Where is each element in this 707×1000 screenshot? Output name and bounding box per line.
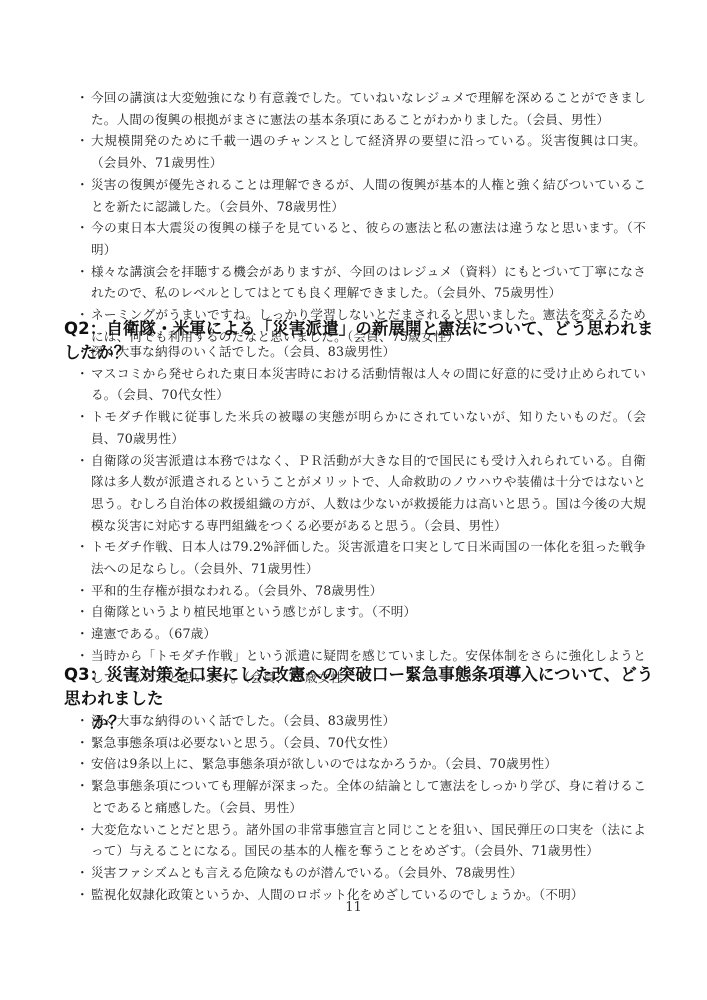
bullet-icon: ・ bbox=[76, 623, 91, 645]
q3-comment-list: ・深く大事な納得のいく話でした。（会員、83歳男性） ・緊急事態条項は必要ないと… bbox=[76, 710, 646, 905]
comment-item: ・マスコミから発せられた東日本災害時における活動情報は人々の間に好意的に受け止め… bbox=[76, 363, 646, 406]
comment-item: ・平和的生存権が損なわれる。（会員外、78歳男性） bbox=[76, 580, 646, 602]
bullet-icon: ・ bbox=[76, 450, 91, 472]
comment-item: ・自衛隊というより植民地軍という感じがします。（不明） bbox=[76, 601, 646, 623]
bullet-icon: ・ bbox=[76, 174, 91, 196]
comment-item: ・今の東日本大震災の復興の様子を見ていると、彼らの憲法と私の憲法は違うなと思いま… bbox=[76, 217, 646, 260]
bullet-icon: ・ bbox=[76, 406, 91, 428]
comment-item: ・深く大事な納得のいく話でした。（会員、83歳男性） bbox=[76, 710, 646, 732]
bullet-icon: ・ bbox=[76, 363, 91, 385]
bullet-icon: ・ bbox=[76, 217, 91, 239]
bullet-icon: ・ bbox=[76, 710, 91, 732]
bullet-icon: ・ bbox=[76, 130, 91, 152]
bullet-icon: ・ bbox=[76, 601, 91, 623]
comment-item: ・自衛隊の災害派遣は本務ではなく、ＰＲ活動が大きな目的で国民にも受け入れられてい… bbox=[76, 450, 646, 537]
q3-label: Q3： bbox=[64, 665, 106, 684]
bullet-icon: ・ bbox=[76, 261, 91, 283]
bullet-icon: ・ bbox=[76, 341, 91, 363]
comment-item: ・違憲である。（67歳） bbox=[76, 623, 646, 645]
bullet-icon: ・ bbox=[76, 775, 91, 797]
q2-comment-list: ・深く大事な納得のいく話でした。（会員、83歳男性） ・マスコミから発せられた東… bbox=[76, 341, 646, 688]
comment-item: ・今回の講演は大変勉強になり有意義でした。ていねいなレジュメで理解を深めることが… bbox=[76, 87, 646, 130]
comment-item: ・トモダチ作戦に従事した米兵の被曝の実態が明らかにされていないが、知りたいものだ… bbox=[76, 406, 646, 449]
q2-label: Q2： bbox=[64, 319, 106, 338]
bullet-icon: ・ bbox=[76, 732, 91, 754]
comment-item: ・大変危ないことだと思う。諸外国の非常事態宣言と同じことを狙い、国民弾圧の口実を… bbox=[76, 819, 646, 862]
comment-item: ・緊急事態条項は必要ないと思う。（会員、70代女性） bbox=[76, 732, 646, 754]
bullet-icon: ・ bbox=[76, 819, 91, 841]
comment-item: ・大規模開発のために千載一遇のチャンスとして経済界の要望に沿っている。災害復興は… bbox=[76, 130, 646, 173]
comment-item: ・安倍は9条以上に、緊急事態条項が欲しいのではなかろうか。（会員、70歳男性） bbox=[76, 753, 646, 775]
comment-item: ・緊急事態条項についても理解が深まった。全体の結論として憲法をしっかり学び、身に… bbox=[76, 775, 646, 818]
document-page: ・今回の講演は大変勉強になり有意義でした。ていねいなレジュメで理解を深めることが… bbox=[0, 0, 707, 1000]
bullet-icon: ・ bbox=[76, 862, 91, 884]
q1-comment-list: ・今回の講演は大変勉強になり有意義でした。ていねいなレジュメで理解を深めることが… bbox=[76, 87, 646, 347]
bullet-icon: ・ bbox=[76, 753, 91, 775]
comment-item: ・深く大事な納得のいく話でした。（会員、83歳男性） bbox=[76, 341, 646, 363]
comment-item: ・トモダチ作戦、日本人は79.2%評価した。災害派遣を口実として日米両国の一体化… bbox=[76, 536, 646, 579]
page-number: 11 bbox=[0, 900, 707, 915]
comment-item: ・災害ファシズムとも言える危険なものが潜んでいる。（会員外、78歳男性） bbox=[76, 862, 646, 884]
comment-item: ・様々な講演会を拝聴する機会がありますが、今回のはレジュメ（資料）にもとづいて丁… bbox=[76, 261, 646, 304]
bullet-icon: ・ bbox=[76, 536, 91, 558]
comment-item: ・災害の復興が優先されることは理解できるが、人間の復興が基本的人権と強く結びつい… bbox=[76, 174, 646, 217]
bullet-icon: ・ bbox=[76, 87, 91, 109]
q3-title: 災害対策を口実にした改憲への突破口ー緊急事態条項導入について、どう思われました bbox=[64, 665, 653, 708]
bullet-icon: ・ bbox=[76, 580, 91, 602]
